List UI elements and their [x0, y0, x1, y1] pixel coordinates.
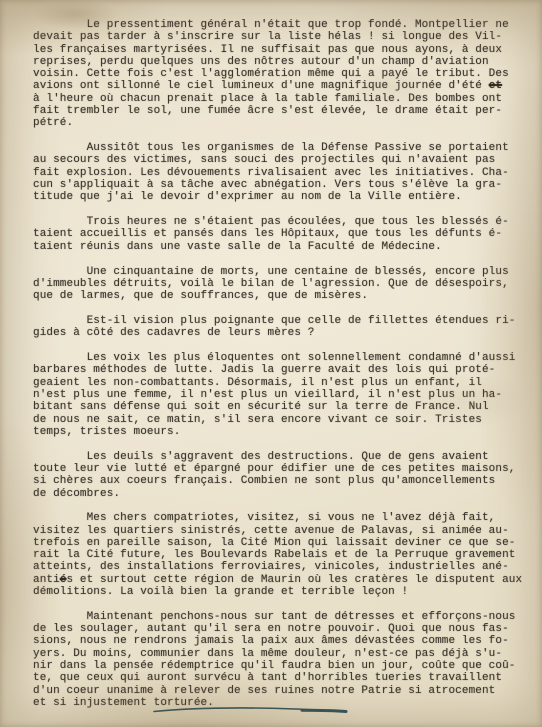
typewritten-line: toute leur vie lutté et épargné pour édi…: [33, 463, 538, 475]
paragraph: Trois heures ne s'étaient pas écoulées, …: [33, 216, 538, 253]
paragraph: Est-il vision plus poignante que celle d…: [33, 315, 538, 340]
typewritten-line: voisin. Cette fois c'est l'agglomération…: [33, 68, 538, 80]
typewritten-line: atteints, des installations ferroviaires…: [33, 561, 538, 573]
typewritten-line: Maintenant penchons-nous sur tant de dét…: [33, 611, 538, 623]
typewritten-line: Trois heures ne s'étaient pas écoulées, …: [33, 216, 538, 228]
paragraph: Les deuils s'aggravent des destructions.…: [33, 451, 538, 500]
typewritten-line: nir dans la pensée rédemptrice qu'il fau…: [33, 660, 538, 672]
typewritten-line: à l'heure où chacun prenait place à la t…: [33, 93, 538, 105]
typewritten-line: Est-il vision plus poignante que celle d…: [33, 315, 538, 327]
typewritten-line: n'est plus une femme, il n'est plus un v…: [33, 389, 538, 401]
typewritten-line: taient réunis dans une vaste salle de la…: [33, 241, 538, 253]
typewritten-line: bitant sans défense qui soit en sécurité…: [33, 401, 538, 413]
paragraph: Aussitôt tous les organismes de la Défen…: [33, 142, 538, 203]
typewritten-line: d'un coeur unanime à relever de ses ruin…: [33, 685, 538, 697]
typewritten-line: rait la Cité future, les Boulevards Rabe…: [33, 549, 538, 561]
typewritten-line: devait pas tarder à s'inscrire sur la li…: [33, 31, 538, 43]
typewritten-line: avions ont sillonné le ciel lumineux d'u…: [33, 80, 538, 92]
typewritten-line: yers. Du moins, communier dans la même d…: [33, 648, 538, 660]
typewritten-line: visitez les quartiers sinistrés, cette a…: [33, 525, 538, 537]
typewritten-line: cun s'appliquait à sa tâche avec abnégat…: [33, 179, 538, 191]
typewritten-line: les françaises martyrisées. Il ne suffis…: [33, 44, 538, 56]
typewritten-line: Les voix les plus éloquentes ont solenne…: [33, 352, 538, 364]
typewritten-line: de nous ne sait, ce matin, s'il sera enc…: [33, 414, 538, 426]
document-page: Le pressentiment général n'était que tro…: [0, 0, 542, 727]
typewritten-line: te, que ceux qui auront survécu à tant d…: [33, 672, 538, 684]
struck-out-text: é: [60, 574, 67, 586]
typewritten-line: geaient les non-combattants. Désormais, …: [33, 377, 538, 389]
typewritten-line: pétré.: [33, 117, 538, 129]
typewritten-line: fait trembler le sol, une fumée âcre s'e…: [33, 105, 538, 117]
typewritten-line: de les soulager, autant qu'il sera en no…: [33, 623, 538, 635]
paragraph: Une cinquantaine de morts, une centaine …: [33, 266, 538, 303]
typewritten-line: barbares méthodes de lutte. Jadis la gue…: [33, 364, 538, 376]
typewritten-line: d'immeubles détruits, voilà le bilan de …: [33, 278, 538, 290]
typewritten-line: fait explosion. Les dévouements rivalisa…: [33, 167, 538, 179]
paragraph: Mes chers compatriotes, visitez, si vous…: [33, 512, 538, 598]
typewritten-line: temps, tristes moeurs.: [33, 426, 538, 438]
paragraph: Maintenant penchons-nous sur tant de dét…: [33, 611, 538, 709]
typewritten-line: Une cinquantaine de morts, une centaine …: [33, 266, 538, 278]
typewritten-line: si chères aux coeurs français. Combien n…: [33, 475, 538, 487]
typewritten-line: gides à côté des cadavres de leurs mères…: [33, 327, 538, 339]
typewritten-line: au secours des victimes, sans souci des …: [33, 154, 538, 166]
typewritten-line: titude que j'ai le devoir d'exprimer au …: [33, 191, 538, 203]
typewritten-line: que de larmes, que de souffrances, que d…: [33, 290, 538, 302]
typewritten-line: sions, nous ne rendrons jamais la paix a…: [33, 635, 538, 647]
paragraph: Les voix les plus éloquentes ont solenne…: [33, 352, 538, 438]
typewritten-line: Mes chers compatriotes, visitez, si vous…: [33, 512, 538, 524]
typewritten-line: Le pressentiment général n'était que tro…: [33, 19, 538, 31]
typewritten-line: de décombres.: [33, 488, 538, 500]
typewritten-line: démolitions. La voilà bien la grande et …: [33, 586, 538, 598]
typewritten-line: reprises, perdu quelques uns des nôtres …: [33, 56, 538, 68]
paragraph: Le pressentiment général n'était que tro…: [33, 19, 538, 130]
typewritten-line: Les deuils s'aggravent des destructions.…: [33, 451, 538, 463]
separator-rule: [150, 702, 352, 718]
typewritten-line: taient accueillis et pansés dans les Hôp…: [33, 228, 538, 240]
struck-out-text: et: [489, 80, 502, 92]
typewritten-line: Aussitôt tous les organismes de la Défen…: [33, 142, 538, 154]
typewritten-text-block: Le pressentiment général n'était que tro…: [33, 19, 538, 709]
typewritten-line: antiés et surtout cette région de Maurin…: [33, 574, 538, 586]
typewritten-line: trefois en pareille saison, la Cité Mion…: [33, 537, 538, 549]
